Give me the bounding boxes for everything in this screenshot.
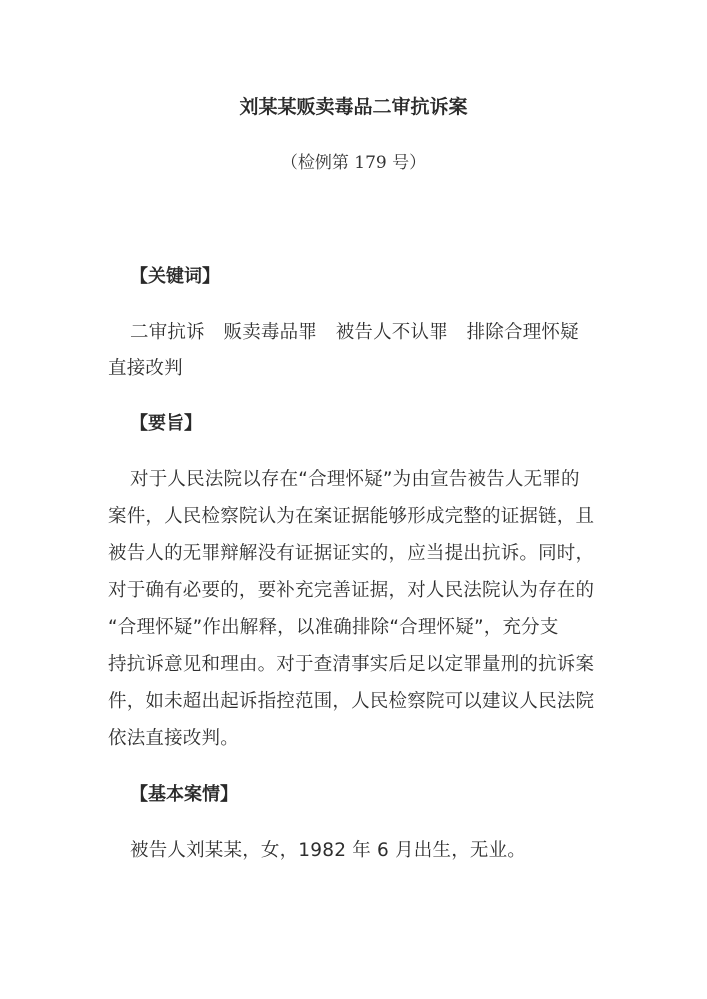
gist-heading: 【要旨】 <box>130 409 202 435</box>
gist-paragraph-line: 件，如未超出起诉指控范围，人民检察院可以建议人民法院 <box>108 687 594 713</box>
keywords-line: 二审抗诉 贩卖毒品罪 被告人不认罪 排除合理怀疑 <box>130 318 579 344</box>
document-title: 刘某某贩卖毒品二审抗诉案 <box>0 92 707 119</box>
gist-paragraph-line: 持抗诉意见和理由。对于查清事实后足以定罪量刑的抗诉案 <box>108 650 594 676</box>
gist-paragraph-line: “合理怀疑”作出解释，以准确排除“合理怀疑”，充分支 <box>108 613 559 639</box>
case-number: （检例第 179 号） <box>0 148 707 173</box>
case-facts-line: 被告人刘某某，女，1982 年 6 月出生，无业。 <box>130 836 526 862</box>
gist-paragraph-line: 对于确有必要的，要补充完善证据，对人民法院认为存在的 <box>108 576 594 602</box>
document-page: 刘某某贩卖毒品二审抗诉案 （检例第 179 号） 【关键词】 二审抗诉 贩卖毒品… <box>0 0 707 999</box>
gist-paragraph-line: 依法直接改判。 <box>108 724 239 750</box>
case-facts-heading: 【基本案情】 <box>130 780 238 806</box>
gist-paragraph-line: 对于人民法院以存在“合理怀疑”为由宣告被告人无罪的 <box>130 465 580 491</box>
keywords-heading: 【关键词】 <box>130 262 220 288</box>
keywords-line: 直接改判 <box>108 354 183 380</box>
gist-paragraph-line: 案件，人民检察院认为在案证据能够形成完整的证据链，且 <box>108 502 594 528</box>
gist-paragraph-line: 被告人的无罪辩解没有证据证实的，应当提出抗诉。同时， <box>108 539 594 565</box>
